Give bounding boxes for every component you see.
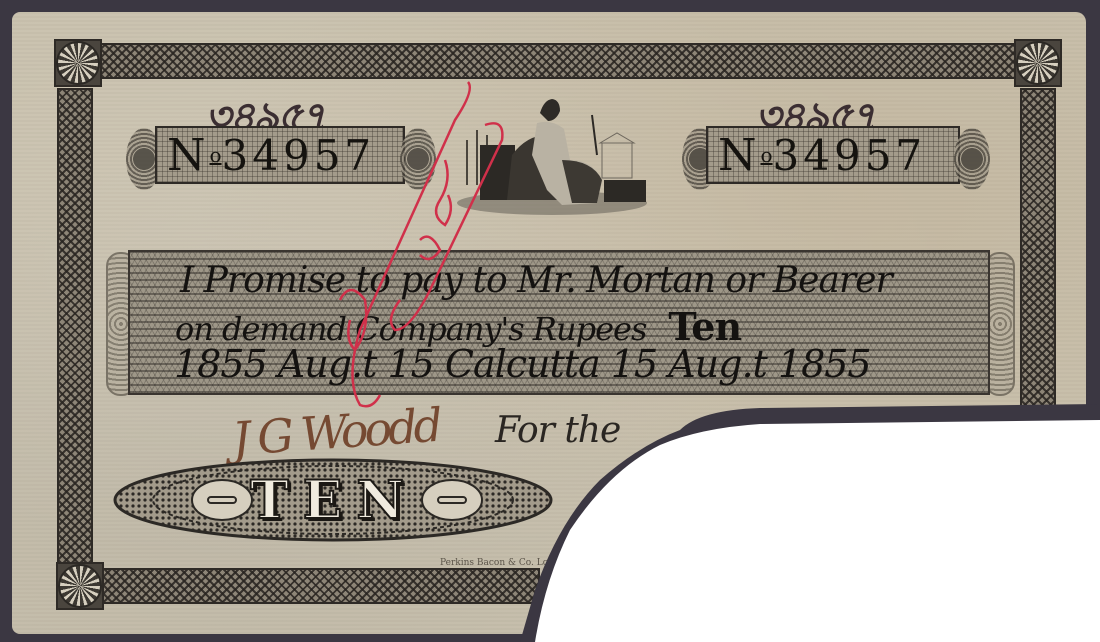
lace-ornament bbox=[400, 128, 436, 190]
promise-date-line: 1855 Aug.t 15 Calcutta 15 Aug.t 1855 bbox=[174, 342, 871, 386]
corner-rosette-top-left bbox=[54, 39, 102, 87]
serial-prefix-sup: o bbox=[761, 143, 773, 167]
serial-box-left: No34957 bbox=[155, 126, 405, 184]
serial-number: 34957 bbox=[773, 131, 927, 180]
border-bottom bbox=[100, 568, 540, 604]
britannia-vignette bbox=[452, 85, 657, 220]
for-the-text: For the bbox=[495, 410, 620, 451]
rosette-icon bbox=[58, 564, 102, 608]
serial-number: 34957 bbox=[222, 131, 376, 180]
printer-imprint: Perkins Bacon & Co. Lond bbox=[440, 558, 560, 568]
denomination-cartouche-text: TEN bbox=[250, 470, 418, 531]
promise-panel: I Promise to pay to Mr. Mortan or Bearer… bbox=[128, 250, 990, 395]
corner-rosette-bottom-left bbox=[56, 562, 104, 610]
serial-box-right: No34957 bbox=[706, 126, 960, 184]
border-right bbox=[1020, 88, 1056, 413]
corner-rosette-top-right bbox=[1014, 39, 1062, 87]
serial-prefix: N bbox=[718, 130, 761, 181]
border-left bbox=[57, 88, 93, 564]
promise-line-1: I Promise to pay to Mr. Mortan or Bearer bbox=[180, 260, 892, 301]
rosette-icon bbox=[1016, 41, 1060, 85]
serial-prefix-sup: o bbox=[210, 143, 222, 167]
serial-prefix: N bbox=[167, 130, 210, 181]
border-top bbox=[100, 43, 1018, 79]
rosette-icon bbox=[56, 41, 100, 85]
lace-ornament bbox=[954, 128, 990, 190]
